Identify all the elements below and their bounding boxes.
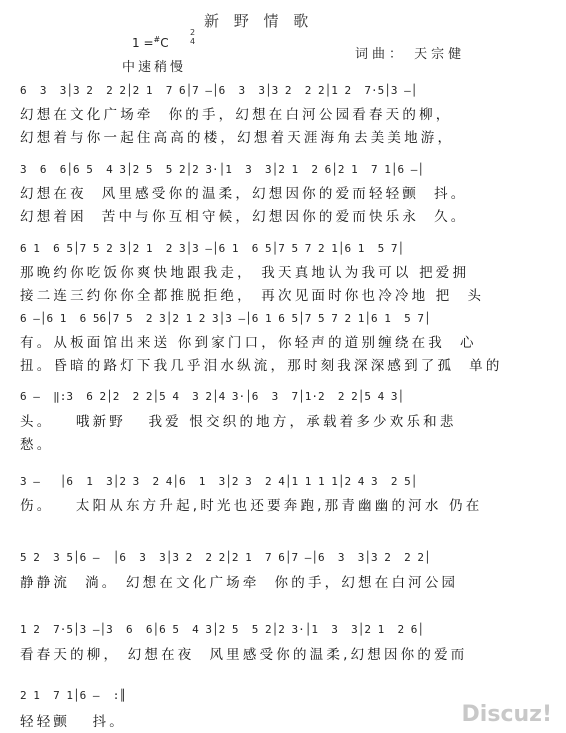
- author-credit: 词曲： 天宗健: [355, 43, 465, 62]
- lyric-9-verse-1: 轻轻颤 抖。: [20, 710, 126, 730]
- lyric-3-verse-2: 接二连三约你你全都推脱拒绝， 再次见面时你也冷冷地 把 头: [20, 284, 484, 304]
- notation-line-3: 6 1 6 5│7 5 2 3│2 1 2 3│3 —│6 1 6 5│7 5 …: [20, 242, 404, 255]
- lyric-2-verse-2: 幻想着困 苦中与你互相守候，幻想因你的爱而快乐永 久。: [20, 205, 467, 225]
- song-title: 新 野 情 歌: [204, 10, 313, 31]
- notation-line-8: 1 2 7·5│3 —│3 6 6│6 5 4 3│2 5 5 2│2 3·│1…: [20, 623, 424, 636]
- key-note: C: [160, 36, 168, 50]
- lyric-4-verse-2: 扭。昏暗的路灯下我几乎泪水纵流，那时刻我深深感到了孤 单的: [20, 354, 503, 374]
- time-bottom: 4: [190, 37, 195, 46]
- notation-line-9: 2 1 7 1│6 — :║: [20, 689, 126, 702]
- lyric-6-verse-1: 伤。 太阳从东方升起,时光也还要奔跑,那青幽幽的河水 仍在: [20, 494, 482, 514]
- lyric-5-verse-2: 愁。: [20, 433, 53, 453]
- notation-line-6: 3 — │6 1 3│2 3 2 4│6 1 3│2 3 2 4│1 1 1 1…: [20, 475, 417, 488]
- lyric-5-verse-1: 头。 哦新野 我爱 恨交织的地方，承载着多少欢乐和悲: [20, 410, 457, 430]
- key-prefix: 1 =: [132, 36, 154, 50]
- notation-line-4: 6 —│6 1 6 56│7 5 2 3│2 1 2 3│3 —│6 1 6 5…: [20, 312, 431, 325]
- discuz-watermark: Discuz!: [462, 702, 552, 727]
- notation-line-5: 6 — ‖:3 6 2│2 2 2│5 4 3 2│4 3·│6 3 7│1·2…: [20, 390, 404, 403]
- lyric-2-verse-1: 幻想在夜 风里感受你的温柔，幻想因你的爱而轻轻颤 抖。: [20, 182, 467, 202]
- lyric-4-verse-1: 有。从板面馆出来送 你到家门口，你轻声的道别缠绕在我 心: [20, 331, 477, 351]
- key-signature: 1 =#C: [132, 35, 169, 50]
- lyric-8-verse-1: 看春天的柳， 幻想在夜 风里感受你的温柔,幻想因你的爱而: [20, 643, 467, 663]
- notation-line-2: 3 6 6│6 5 4 3│2 5 5 2│2 3·│1 3 3│2 1 2 6…: [20, 163, 424, 176]
- notation-line-7: 5 2 3 5│6 — │6 3 3│3 2 2 2│2 1 7 6│7 —│6…: [20, 551, 431, 564]
- notation-line-1: 6 3 3│3 2 2 2│2 1 7 6│7 —│6 3 3│3 2 2 2│…: [20, 84, 417, 97]
- tempo-marking: 中速稍慢: [122, 56, 186, 75]
- time-top: 2: [190, 28, 195, 37]
- lyric-1-verse-2: 幻想着与你一起住高高的楼，幻想着天涯海角去美美地游，: [20, 126, 454, 146]
- lyric-1-verse-1: 幻想在文化广场牵 你的手，幻想在白河公园看春天的柳，: [20, 103, 452, 123]
- lyric-7-verse-1: 静静流 淌。 幻想在文化广场牵 你的手，幻想在白河公园: [20, 571, 458, 591]
- time-signature: 24: [190, 28, 195, 46]
- lyric-3-verse-1: 那晚约你吃饭你爽快地跟我走， 我天真地认为我可以 把爱拥: [20, 261, 469, 281]
